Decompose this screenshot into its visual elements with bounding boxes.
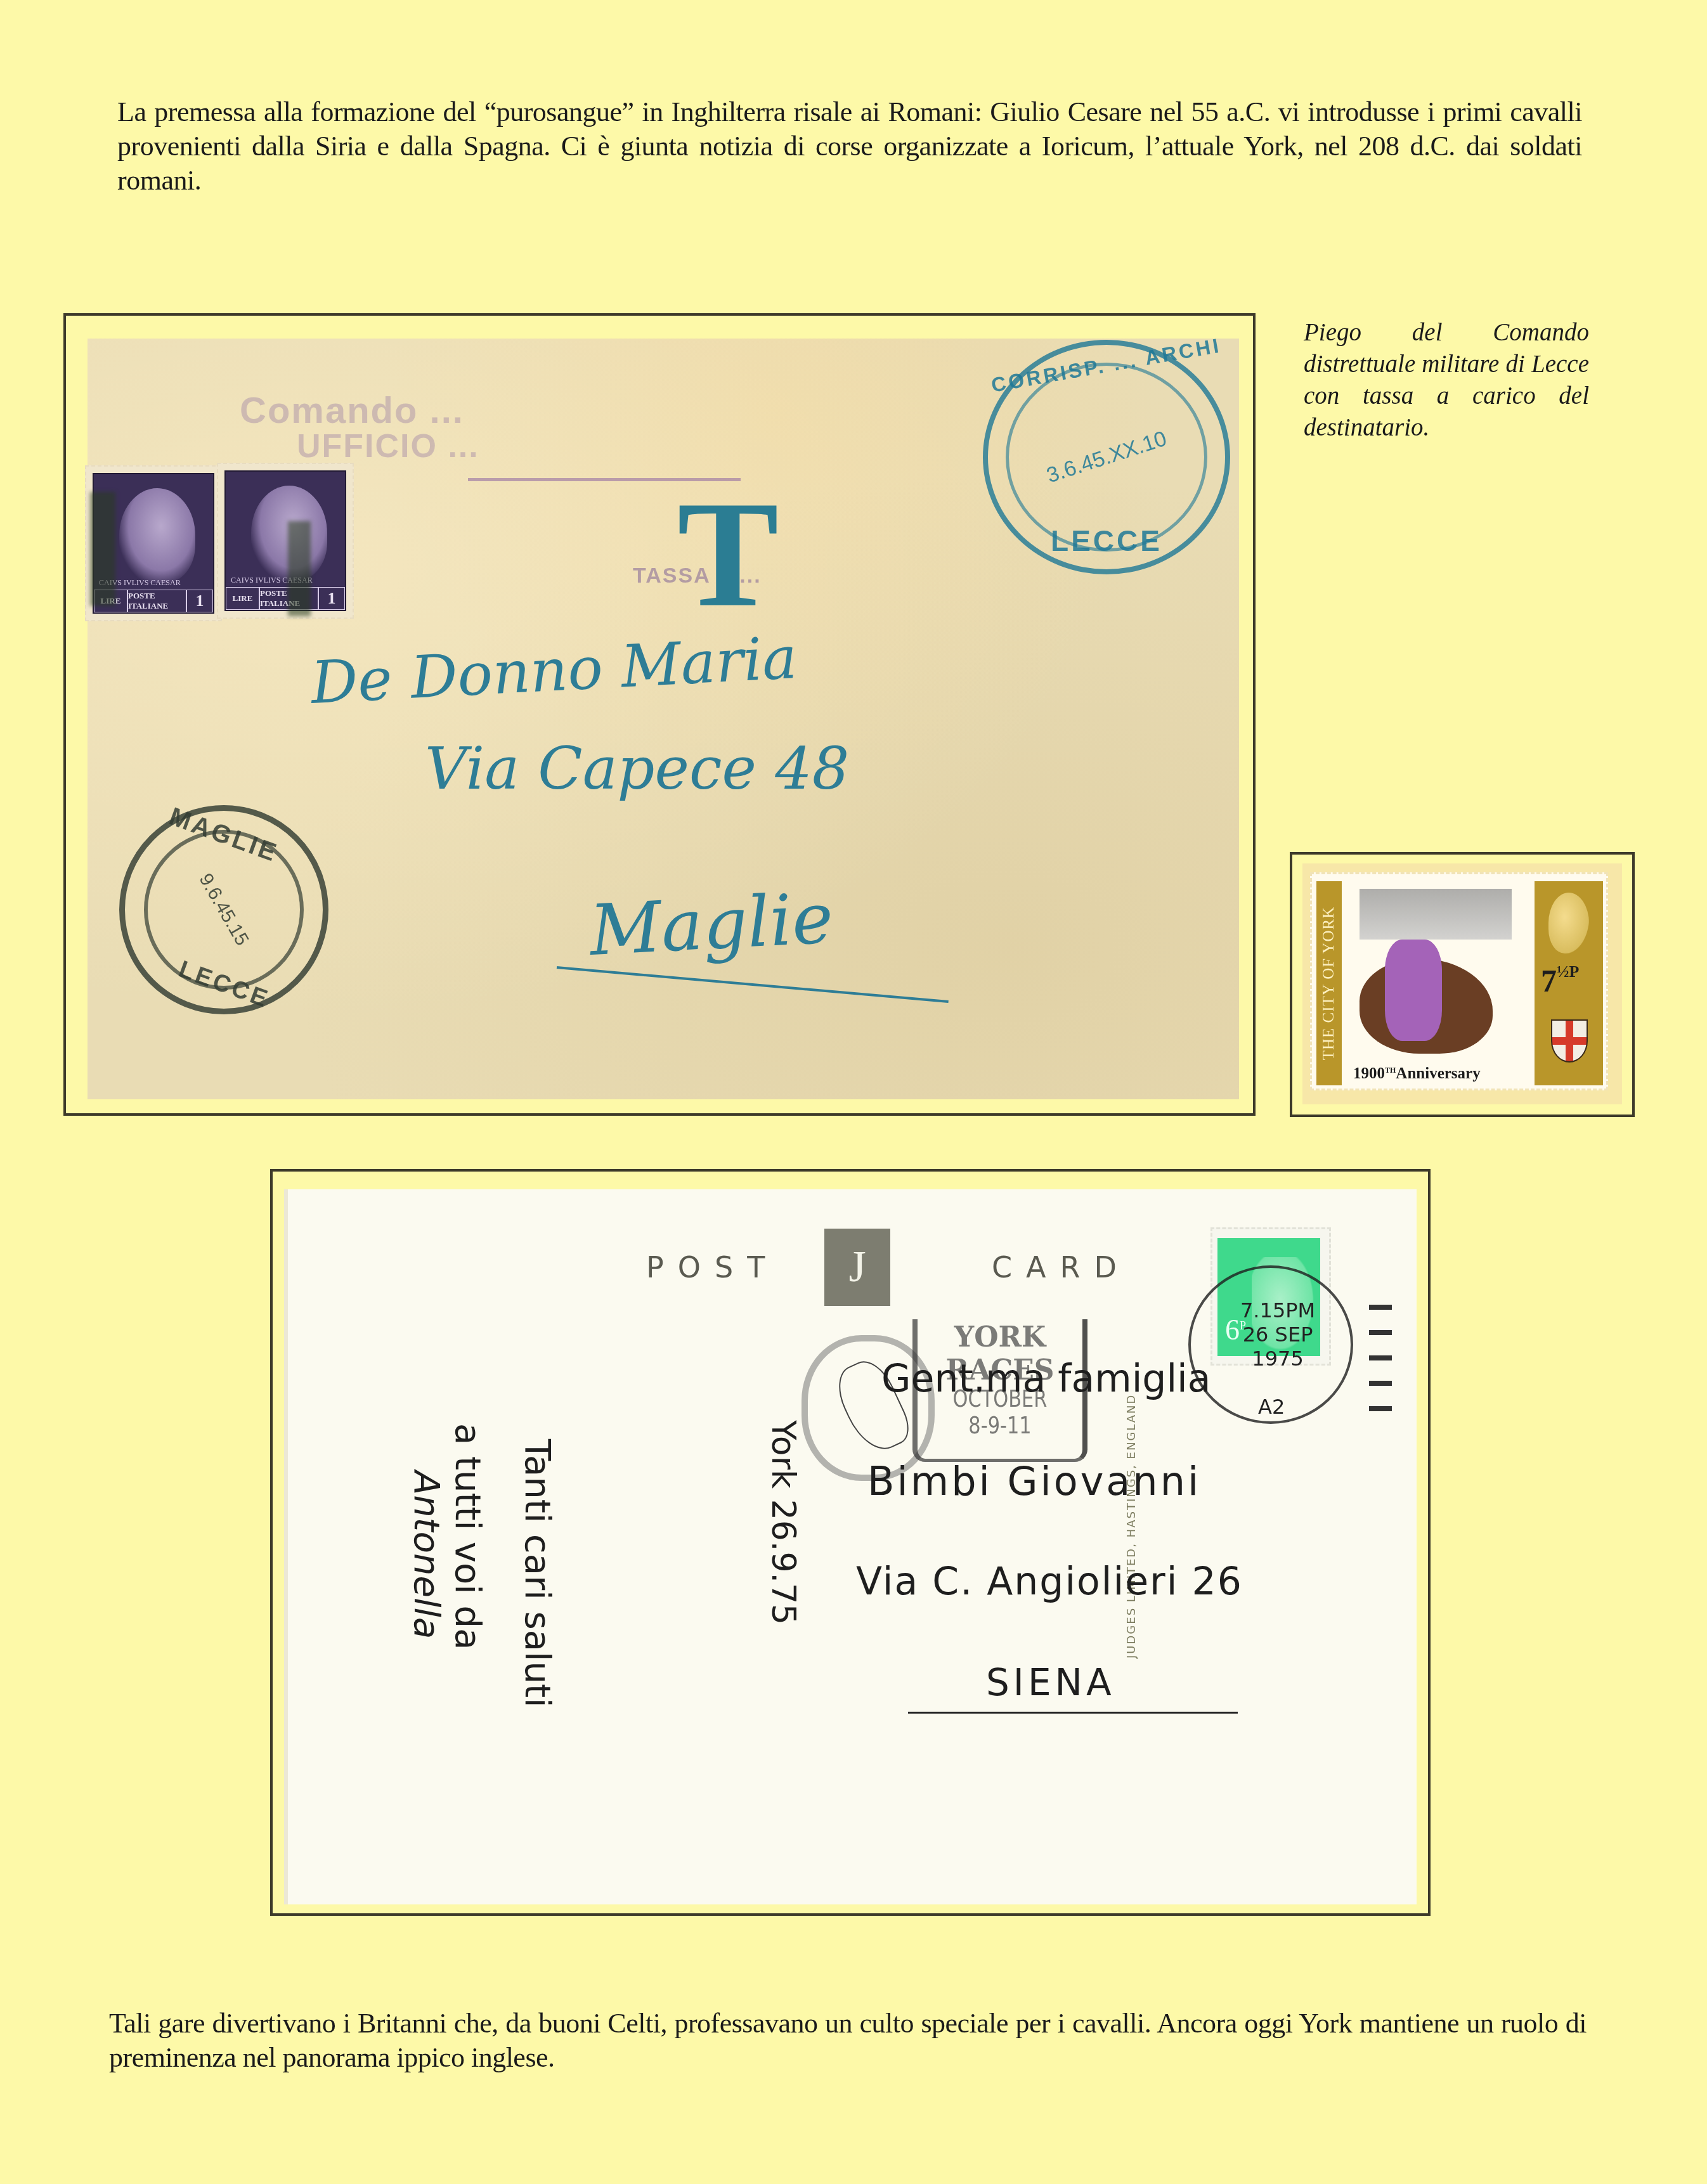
address-underline [557,966,949,1003]
message-line-1: Tanti cari saluti [517,1439,558,1708]
header-stamp-line-1: Comando ... [240,389,464,432]
cover-caption: Piego del Comando distrettuale militare … [1304,317,1589,444]
anniversary-text: 1900THAnniversary [1353,1065,1481,1083]
recipient-city: SIENA [986,1661,1115,1704]
judges-logo-icon: J [824,1229,890,1306]
recipient-line-2: Bimbi Giovanni [867,1458,1201,1504]
maglie-postmark: MAGLIE 9.6.45.15 LECCE [119,805,328,1014]
postmark-town: LECCE [1051,524,1162,558]
lecce-postmark: CORRISP. ... ARCHI 3.6.45.XX.10 LECCE [983,340,1230,574]
queen-silhouette-icon [1548,893,1589,953]
postmark-office: A2 [1254,1395,1288,1419]
postcard-title-right: CARD [992,1250,1131,1284]
military-cover: Comando ... UFFICIO ... CAIVS IVLIVS CAE… [88,339,1239,1099]
address-line-3: Maglie [588,877,835,971]
city-underline [908,1712,1238,1714]
italy-stamp-2: CAIVS IVLIVS CAESAR LIRE POSTE ITALIANE … [217,463,354,619]
address-line-1: De Donno Maria [309,624,799,717]
message-signature: Antonella [406,1471,447,1639]
message-dateline: York 26.9.75 [764,1420,802,1625]
tax-mark: T [677,478,779,630]
postcard-title-left: POST [646,1250,779,1284]
printer-imprint: JUDGES LIMITED, HASTINGS, ENGLAND [1125,1394,1138,1658]
header-stamp-line-2: UFFICIO ... [297,427,479,465]
postmark-year: 1975 [1240,1347,1315,1371]
york-shield-icon [1551,1019,1588,1063]
outro-paragraph: Tali gare divertivano i Britanni che, da… [109,2006,1587,2075]
italy-stamp-1: CAIVS IVLIVS CAESAR LIRE POSTE ITALIANE … [85,465,222,621]
address-line-2: Via Capece 48 [425,735,849,803]
intro-paragraph: La premessa alla formazione del “purosan… [117,95,1582,198]
stamp-value: 7½P [1541,962,1579,999]
postmark-date: 26 SEP [1240,1322,1315,1347]
recipient-line-3: Via C. Angiolieri 26 [856,1560,1243,1604]
roman-horseman-illustration [1347,882,1510,1066]
stamp-denomination: 1 [186,590,213,612]
stamp-currency: LIRE [226,587,259,610]
york-postmark: 7.15PM 26 SEP 1975 A2 [1188,1265,1353,1424]
stamp-side-text: THE CITY OF YORK [1320,907,1338,1061]
postmark-time: 7.15PM [1240,1298,1315,1322]
stamp-denomination: 1 [318,587,345,610]
caesar-portrait-icon [119,488,195,583]
stamp-country: POSTE ITALIANE [127,590,186,612]
recipient-line-1: Gent.ma famiglia [881,1357,1211,1401]
message-line-2: a tutti voi da [447,1423,488,1650]
city-of-york-stamp: THE CITY OF YORK 1900THAnniversary 7½P [1302,863,1622,1104]
